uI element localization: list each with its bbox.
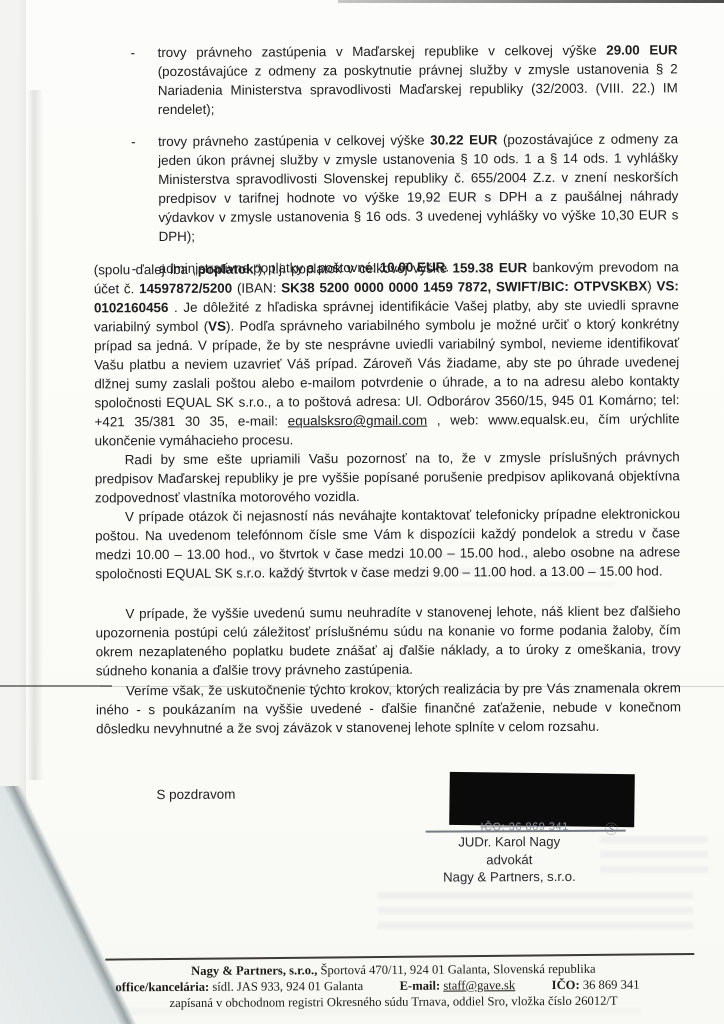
signatory-title: advokát	[407, 850, 612, 869]
signature-block: JUDr. Karol Nagy advokát Nagy & Partners…	[407, 833, 612, 887]
paragraph-closing-appeal: Veríme však, že uskutočnenie týchto krok…	[96, 678, 681, 738]
bullet-text: trovy právneho zastúpenia v Maďarskej re…	[158, 42, 678, 117]
paragraph-court-warning: V prípade, že vyššie uvedenú sumu neuhra…	[95, 601, 680, 680]
letterhead-footer: Nagy & Partners, s.r.o., Športová 470/11…	[97, 960, 689, 1011]
bullet-text: trovy právneho zastúpenia v celkovej výš…	[158, 131, 678, 244]
footer-divider	[105, 953, 694, 961]
bullet-marker: -	[131, 132, 136, 151]
footer-registration-line: zapísaná v obchodnom registri Okresného …	[98, 992, 690, 1011]
letter-content: - trovy právneho zastúpenia v Maďarskej …	[0, 0, 724, 1024]
bullet-marker: -	[131, 43, 136, 62]
footer-office-address: office/kancelária: sídl. JAS 933, 924 01…	[115, 978, 363, 995]
paragraph-liability-notice: Radi by sme ešte upriamili Vašu pozornos…	[95, 447, 680, 507]
signatory-name: JUDr. Karol Nagy	[407, 833, 612, 852]
paragraph-payment-details: (spolu ďalej iba „poplatok“), t.j. popla…	[94, 257, 680, 450]
signatory-company: Nagy & Partners, s.r.o.	[407, 868, 612, 887]
bullet-item-slovak-legal-costs: - trovy právneho zastúpenia v celkovej v…	[93, 129, 679, 246]
scanned-letter-page: - trovy právneho zastúpenia v Maďarskej …	[0, 0, 724, 1024]
paragraph-contact-hours: V prípade otázok či nejasností nás neváh…	[95, 504, 680, 583]
footer-email: E-mail: staff@gave.sk	[400, 977, 516, 994]
footer-company-id: IČO: 36 869 341	[552, 977, 640, 993]
bullet-item-hungarian-legal-costs: - trovy právneho zastúpenia v Maďarskej …	[93, 40, 678, 119]
fee-bullet-list: - trovy právneho zastúpenia v Maďarskej …	[93, 40, 679, 291]
closing-salutation: S pozdravom	[156, 787, 235, 802]
stamp-remnant-text: IČO: 36 869 341	[440, 821, 610, 834]
